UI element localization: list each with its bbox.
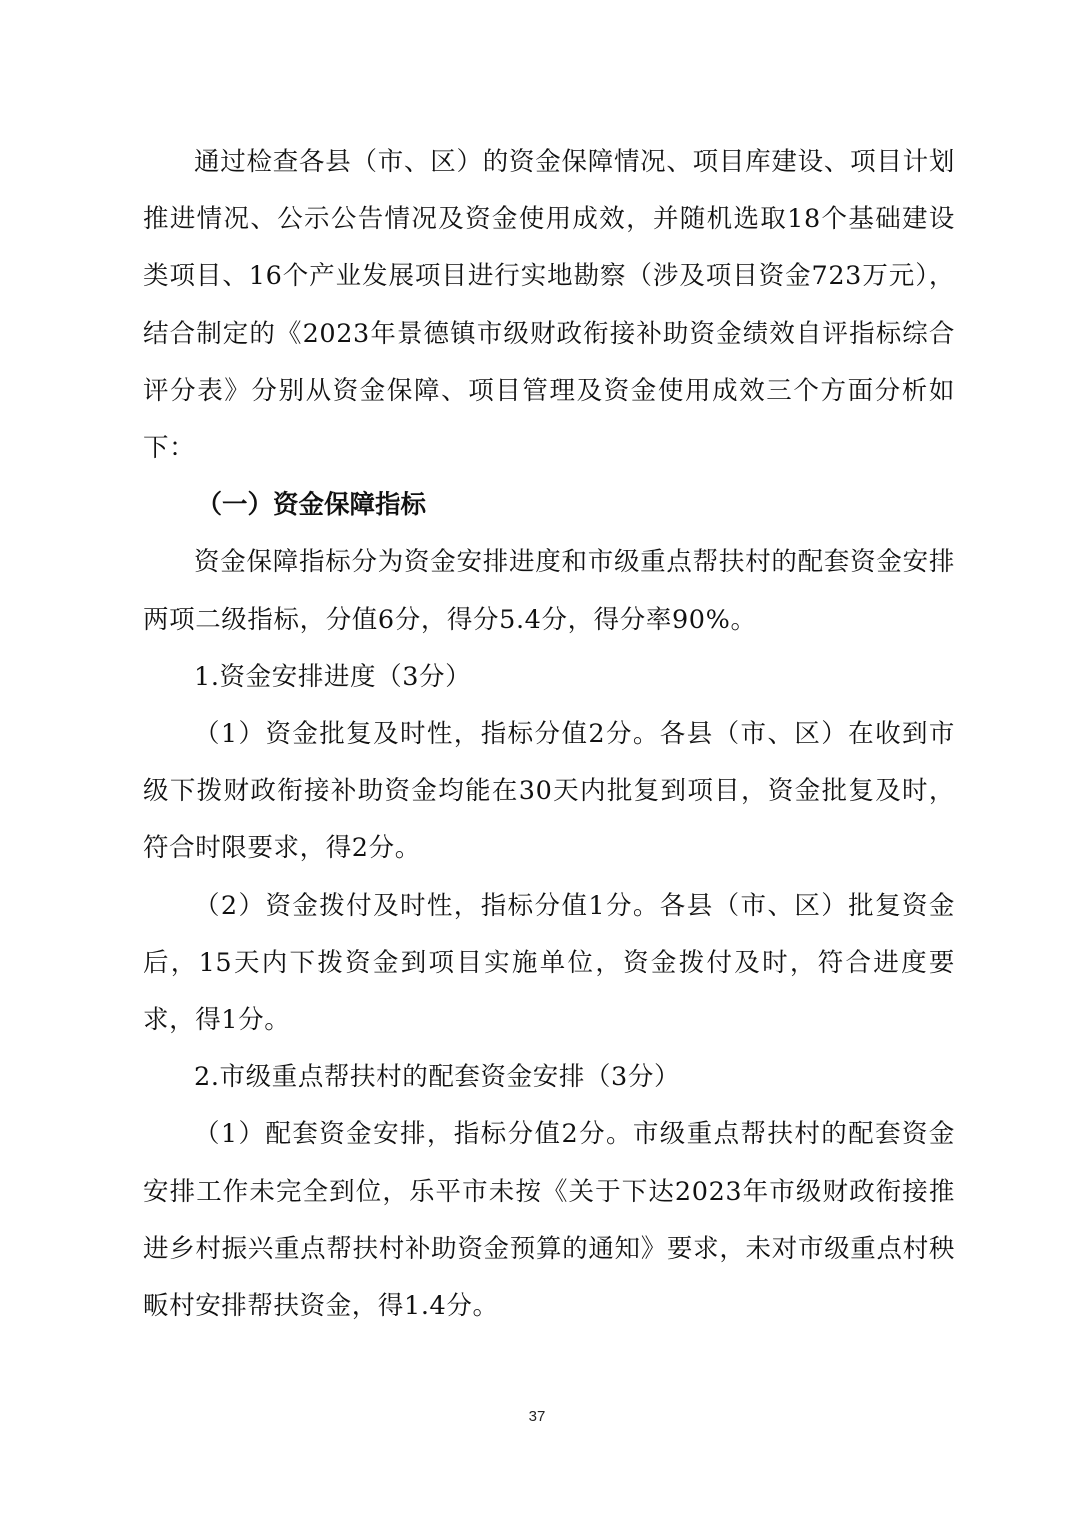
section-heading-funding-guarantee: （一）资金保障指标 (143, 477, 955, 534)
item-approval-timeliness: （1）资金批复及时性，指标分值2分。各县（市、区）在收到市级下拨财政衔接补助资金… (143, 706, 955, 878)
document-body: 通过检查各县（市、区）的资金保障情况、项目库建设、项目计划推进情况、公示公告情况… (143, 134, 955, 1335)
item-matching-funds: （1）配套资金安排，指标分值2分。市级重点帮扶村的配套资金安排工作未完全到位，乐… (143, 1106, 955, 1335)
subsection-heading-schedule: 1.资金安排进度（3分） (143, 649, 955, 706)
subsection-heading-matching-funds: 2.市级重点帮扶村的配套资金安排（3分） (143, 1049, 955, 1106)
item-disbursement-timeliness: （2）资金拨付及时性，指标分值1分。各县（市、区）批复资金后，15天内下拨资金到… (143, 878, 955, 1050)
page-number: 37 (0, 1408, 1074, 1425)
funding-guarantee-summary: 资金保障指标分为资金安排进度和市级重点帮扶村的配套资金安排两项二级指标，分值6分… (143, 534, 955, 648)
document-page: 通过检查各县（市、区）的资金保障情况、项目库建设、项目计划推进情况、公示公告情况… (0, 0, 1074, 1520)
intro-paragraph: 通过检查各县（市、区）的资金保障情况、项目库建设、项目计划推进情况、公示公告情况… (143, 134, 955, 477)
